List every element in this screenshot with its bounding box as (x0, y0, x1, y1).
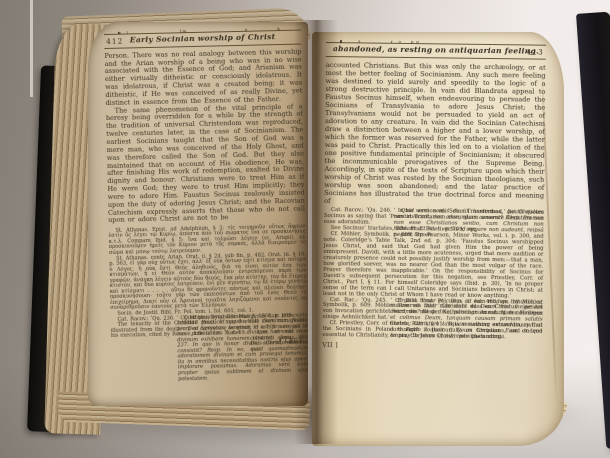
left-page-number: 412 (106, 37, 124, 46)
right-page: abandoned, as resting on antiquarian fee… (312, 32, 564, 446)
left-page: 412 Early Socinian worship of Christ Per… (88, 22, 308, 406)
body-paragraph: accounted Christianso. But this was only… (324, 61, 546, 208)
italic-text: Ergo is honor et cultus ad eum modum tri… (390, 298, 543, 342)
footnote: q Cf. Möhler, Symbolik, p. 609; Bp. Pear… (323, 232, 544, 300)
right-running-title: abandoned, as resting on antiquarian fee… (333, 44, 539, 56)
right-signature-mark: VII ] (322, 342, 542, 352)
body-paragraph: The same phenomenon of the vital princip… (106, 103, 306, 225)
left-running-header: 412 Early Socinian worship of Christ (104, 30, 301, 49)
footnote: k St. Athanas. contr. Arian. Orat. ii. §… (109, 252, 307, 312)
right-page-footnotes: o Cat. Racov.: ‘Qu. 246. Quid verò senti… (322, 208, 544, 342)
book-cover-right (576, 12, 610, 449)
book-photo: 412 Early Socinian worship of Christ Per… (0, 0, 610, 458)
left-running-title: Early Socinian worship of Christ (130, 32, 276, 44)
left-page-text: 412 Early Socinian worship of Christ Per… (104, 30, 308, 350)
left-page-body: Personj. There was no real analogy betwe… (104, 48, 305, 225)
body-paragraph: Personj. There was no real analogy betwe… (104, 48, 302, 107)
left-page-footnotes: j St. Athanas. Epist. ad Adelphium, § 3:… (108, 224, 307, 339)
italic-text: Quid verò sentis de iis hominibus, qui C… (394, 209, 544, 241)
right-running-header: abandoned, as resting on antiquarian fee… (326, 42, 546, 59)
right-page-number: 413 (527, 48, 544, 56)
background-seam (30, 0, 33, 97)
italic-text: Ipse horrendâ voce clamans; Jesu, Fili D… (250, 330, 308, 353)
right-page-text: abandoned, as resting on antiquarian fee… (322, 42, 546, 351)
right-page-body: accounted Christianso. But this was only… (324, 61, 546, 208)
